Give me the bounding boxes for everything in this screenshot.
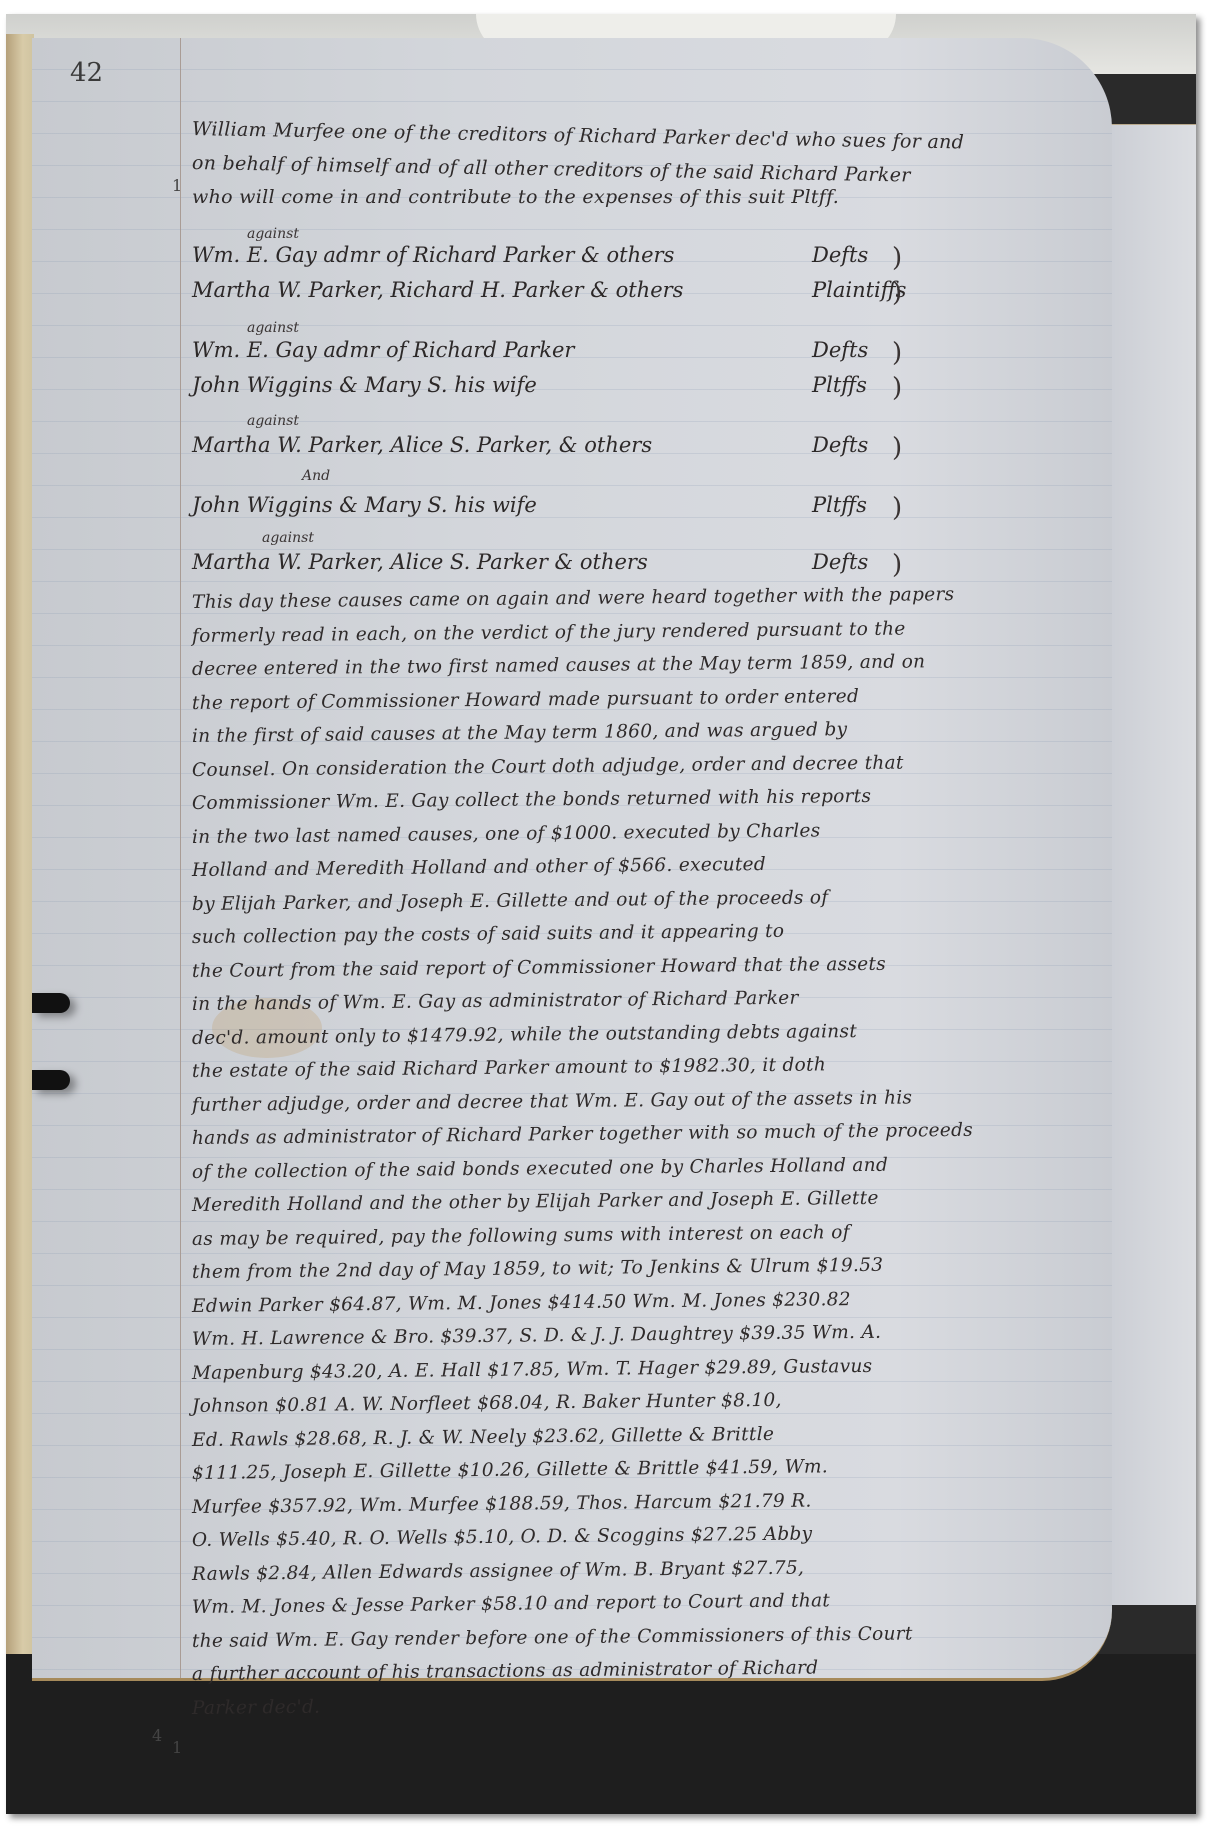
margin-mark: 1 [172,1738,182,1757]
margin-rule [180,38,181,1678]
connector-label: against [247,226,299,242]
party-name: Martha W. Parker, Richard H. Parker & ot… [192,278,683,302]
brace-mark: ) [892,433,902,463]
party-entry: Martha W. Parker, Alice S. Parker & othe… [192,550,1092,574]
party-entry: Martha W. Parker, Alice S. Parker, & oth… [192,433,1092,457]
binder-ring-icon [32,993,70,1013]
party-role: Pltffs [812,373,867,397]
margin-mark: 4 [152,1726,162,1745]
book-binding [6,34,34,1654]
case-caption: William Murfee one of the creditors of R… [192,112,1092,214]
party-entry: Wm. E. Gay admr of Richard Parker & othe… [192,243,1092,267]
connector-label: against [247,320,299,336]
party-role: Defts [812,338,868,362]
party-name: Martha W. Parker, Alice S. Parker, & oth… [192,433,652,457]
decree-text: This day these causes came on again and … [192,586,1092,1725]
party-name: Martha W. Parker, Alice S. Parker & othe… [192,550,648,574]
party-name: Wm. E. Gay admr of Richard Parker [192,338,574,362]
scanned-ledger-photo: 42 1 William Murfee one of the creditors… [6,14,1196,1814]
brace-mark: ) [892,278,902,308]
party-entry: Martha W. Parker, Richard H. Parker & ot… [192,278,1092,302]
party-role: Defts [812,550,868,574]
connector-label: against [262,530,314,546]
connector-label: And [302,468,330,484]
ledger-page: 42 1 William Murfee one of the creditors… [32,38,1112,1681]
connector-label: against [247,413,299,429]
brace-mark: ) [892,243,902,273]
party-role: Defts [812,433,868,457]
party-entry: Wm. E. Gay admr of Richard Parker Defts … [192,338,1092,362]
party-role: Defts [812,243,868,267]
margin-mark: 1 [172,176,182,195]
party-entry: John Wiggins & Mary S. his wife Pltffs ) [192,493,1092,517]
party-name: John Wiggins & Mary S. his wife [192,373,537,397]
brace-mark: ) [892,550,902,580]
party-role: Pltffs [812,493,867,517]
binder-ring-icon [32,1070,70,1090]
party-name: Wm. E. Gay admr of Richard Parker & othe… [192,243,674,267]
party-name: John Wiggins & Mary S. his wife [192,493,537,517]
brace-mark: ) [892,338,902,368]
brace-mark: ) [892,493,902,523]
party-entry: John Wiggins & Mary S. his wife Pltffs ) [192,373,1092,397]
page-number: 42 [70,58,103,88]
brace-mark: ) [892,373,902,403]
